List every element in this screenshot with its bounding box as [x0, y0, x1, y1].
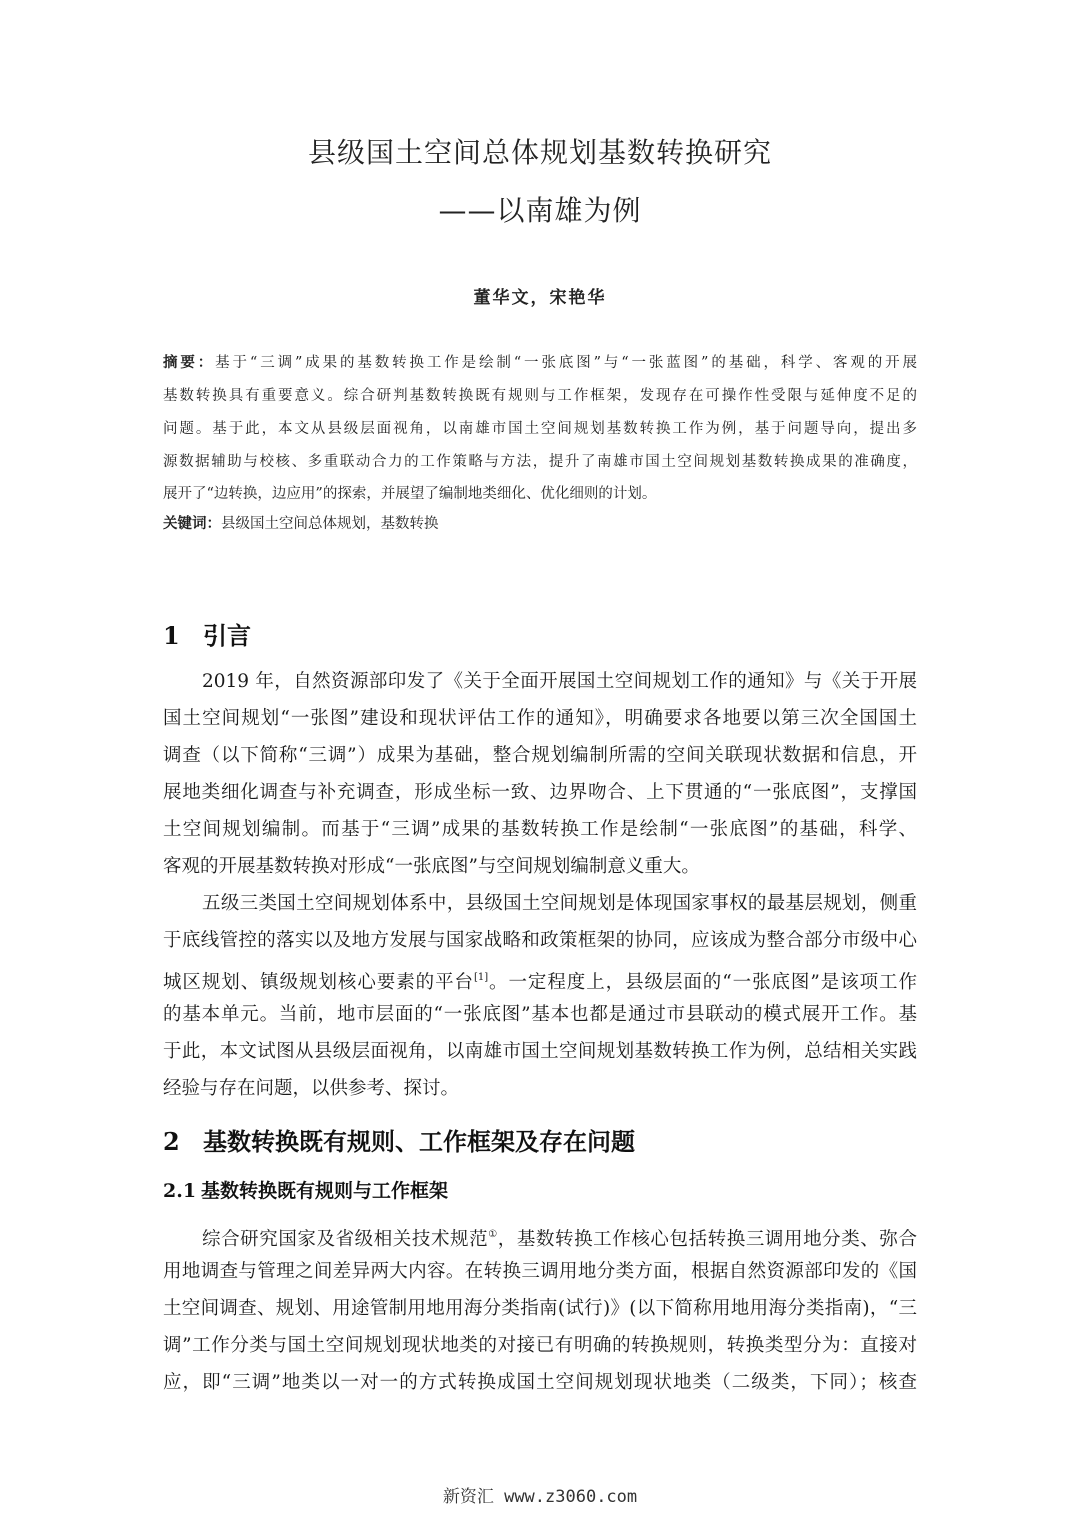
subsection-number: 2.1: [163, 1180, 201, 1202]
keywords: 关键词：县级国土空间总体规划，基数转换: [163, 514, 917, 534]
paper-title: 县级国土空间总体规划基数转换研究: [0, 131, 1080, 171]
body-line: 土空间调查、规划、用途管制用地用海分类指南(试行)》(以下简称用地用海分类指南)…: [163, 1297, 917, 1321]
body-line: 客观的开展基数转换对形成“一张底图”与空间规划编制意义重大。: [163, 855, 917, 879]
section-number: 1: [163, 621, 203, 650]
body-line: 于底线管控的落实以及地方发展与国家战略和政策框架的协同，应该成为整合部分市级中心: [163, 929, 917, 953]
body-line: 综合研究国家及省级相关技术规范①，基数转换工作核心包括转换三调用地分类、弥合: [202, 1223, 917, 1252]
body-line: 城区规划、镇级规划核心要素的平台[1]。一定程度上，县级层面的“一张底图”是该项…: [163, 966, 917, 995]
footnote-ref[interactable]: ①: [488, 1229, 498, 1240]
paper-page: 县级国土空间总体规划基数转换研究 ——以南雄为例 董华文，宋艳华 摘要：基于“三…: [0, 0, 1080, 1527]
body-text: 综合研究国家及省级相关技术规范: [202, 1229, 488, 1250]
authors: 董华文，宋艳华: [0, 283, 1080, 308]
section-heading: 1引言: [163, 616, 251, 651]
body-line: 2019 年，自然资源部印发了《关于全面开展国土空间规划工作的通知》与《关于开展: [202, 670, 917, 694]
abstract-line: 展开了“边转换，边应用”的探索，并展望了编制地类细化、优化细则的计划。: [163, 484, 917, 504]
citation-ref[interactable]: [1]: [474, 972, 488, 983]
subsection-title: 基数转换既有规则与工作框架: [201, 1180, 448, 1202]
body-line: 的基本单元。当前，地市层面的“一张底图”基本也都是通过市县联动的模式展开工作。基: [163, 1003, 917, 1027]
section-number: 2: [163, 1127, 203, 1156]
abstract-line: 问题。基于此，本文从县级层面视角，以南雄市国土空间规划基数转换工作为例，基于问题…: [163, 419, 917, 439]
body-line: 土空间规划编制。而基于“三调”成果的基数转换工作是绘制“一张底图”的基础，科学、: [163, 818, 917, 842]
abstract-line: 源数据辅助与校核、多重联动合力的工作策略与方法，提升了南雄市国土空间规划基数转换…: [163, 452, 917, 472]
body-line: 展地类细化调查与补充调查，形成坐标一致、边界吻合、上下贯通的“一张底图”，支撑国: [163, 781, 917, 805]
body-line: 用地调查与管理之间差异两大内容。在转换三调用地分类方面，根据自然资源部印发的《国: [163, 1260, 917, 1284]
abstract-line: 摘要：基于“三调”成果的基数转换工作是绘制“一张底图”与“一张蓝图”的基础，科学…: [163, 353, 917, 373]
keywords-text: 县级国土空间总体规划，基数转换: [221, 516, 439, 532]
body-text: 。一定程度上，县级层面的“一张底图”是该项工作: [488, 972, 917, 993]
page-footer-watermark: 新资汇 www.z3060.com: [0, 1482, 1080, 1507]
keywords-label: 关键词：: [163, 515, 221, 532]
body-line: 于此，本文试图从县级层面视角，以南雄市国土空间规划基数转换工作为例，总结相关实践: [163, 1040, 917, 1064]
abstract-line: 基数转换具有重要意义。综合研判基数转换既有规则与工作框架，发现存在可操作性受限与…: [163, 386, 917, 406]
abstract-label: 摘要：: [163, 354, 215, 371]
section-title: 基数转换既有规则、工作框架及存在问题: [203, 1128, 635, 1156]
body-text: ，基数转换工作核心包括转换三调用地分类、弥合: [498, 1229, 917, 1250]
section-heading: 2基数转换既有规则、工作框架及存在问题: [163, 1122, 635, 1157]
body-line: 调查（以下简称“三调”）成果为基础，整合规划编制所需的空间关联现状数据和信息，开: [163, 744, 917, 768]
subsection-heading: 2.1基数转换既有规则与工作框架: [163, 1176, 448, 1203]
abstract-text: 基于“三调”成果的基数转换工作是绘制“一张底图”与“一张蓝图”的基础，科学、客观…: [215, 355, 917, 371]
body-text: 城区规划、镇级规划核心要素的平台: [163, 972, 474, 993]
body-line: 五级三类国土空间规划体系中，县级国土空间规划是体现国家事权的最基层规划，侧重: [202, 892, 917, 916]
paper-subtitle: ——以南雄为例: [0, 189, 1080, 229]
section-title: 引言: [203, 622, 251, 650]
body-line: 调”工作分类与国土空间规划现状地类的对接已有明确的转换规则，转换类型分为：直接对: [163, 1334, 917, 1358]
body-line: 应，即“三调”地类以一对一的方式转换成国土空间规划现状地类（二级类，下同）；核查: [163, 1371, 917, 1395]
body-line: 国土空间规划“一张图”建设和现状评估工作的通知》，明确要求各地要以第三次全国国土: [163, 707, 917, 731]
body-line: 经验与存在问题，以供参考、探讨。: [163, 1077, 917, 1101]
